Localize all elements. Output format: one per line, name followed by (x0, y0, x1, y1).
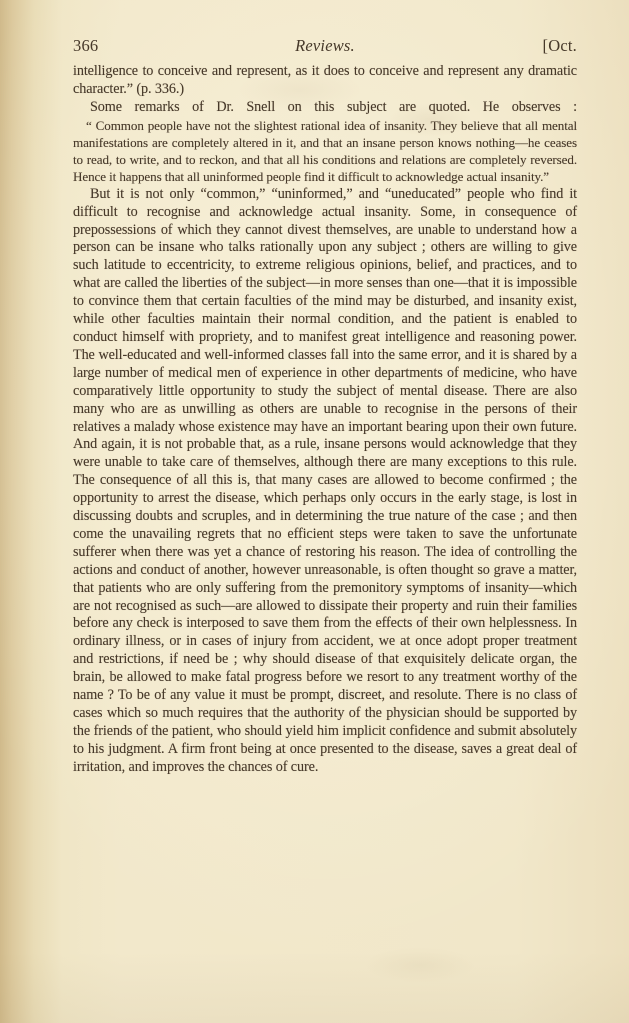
running-title: Reviews. (241, 36, 409, 56)
issue-date: [Oct. (409, 36, 577, 56)
paragraph-main: But it is not only “common,” “uninformed… (73, 186, 577, 777)
page-number: 366 (73, 36, 241, 56)
scanned-book-page: 366 Reviews. [Oct. intelligence to conce… (0, 0, 629, 1023)
paragraph-continuation: intelligence to conceive and represent, … (73, 63, 577, 99)
block-quotation: “ Common people have not the slightest r… (73, 117, 577, 186)
paragraph-intro: Some remarks of Dr. Snell on this subjec… (73, 99, 577, 117)
page-header: 366 Reviews. [Oct. (73, 36, 577, 56)
page-body: intelligence to conceive and represent, … (73, 63, 577, 777)
